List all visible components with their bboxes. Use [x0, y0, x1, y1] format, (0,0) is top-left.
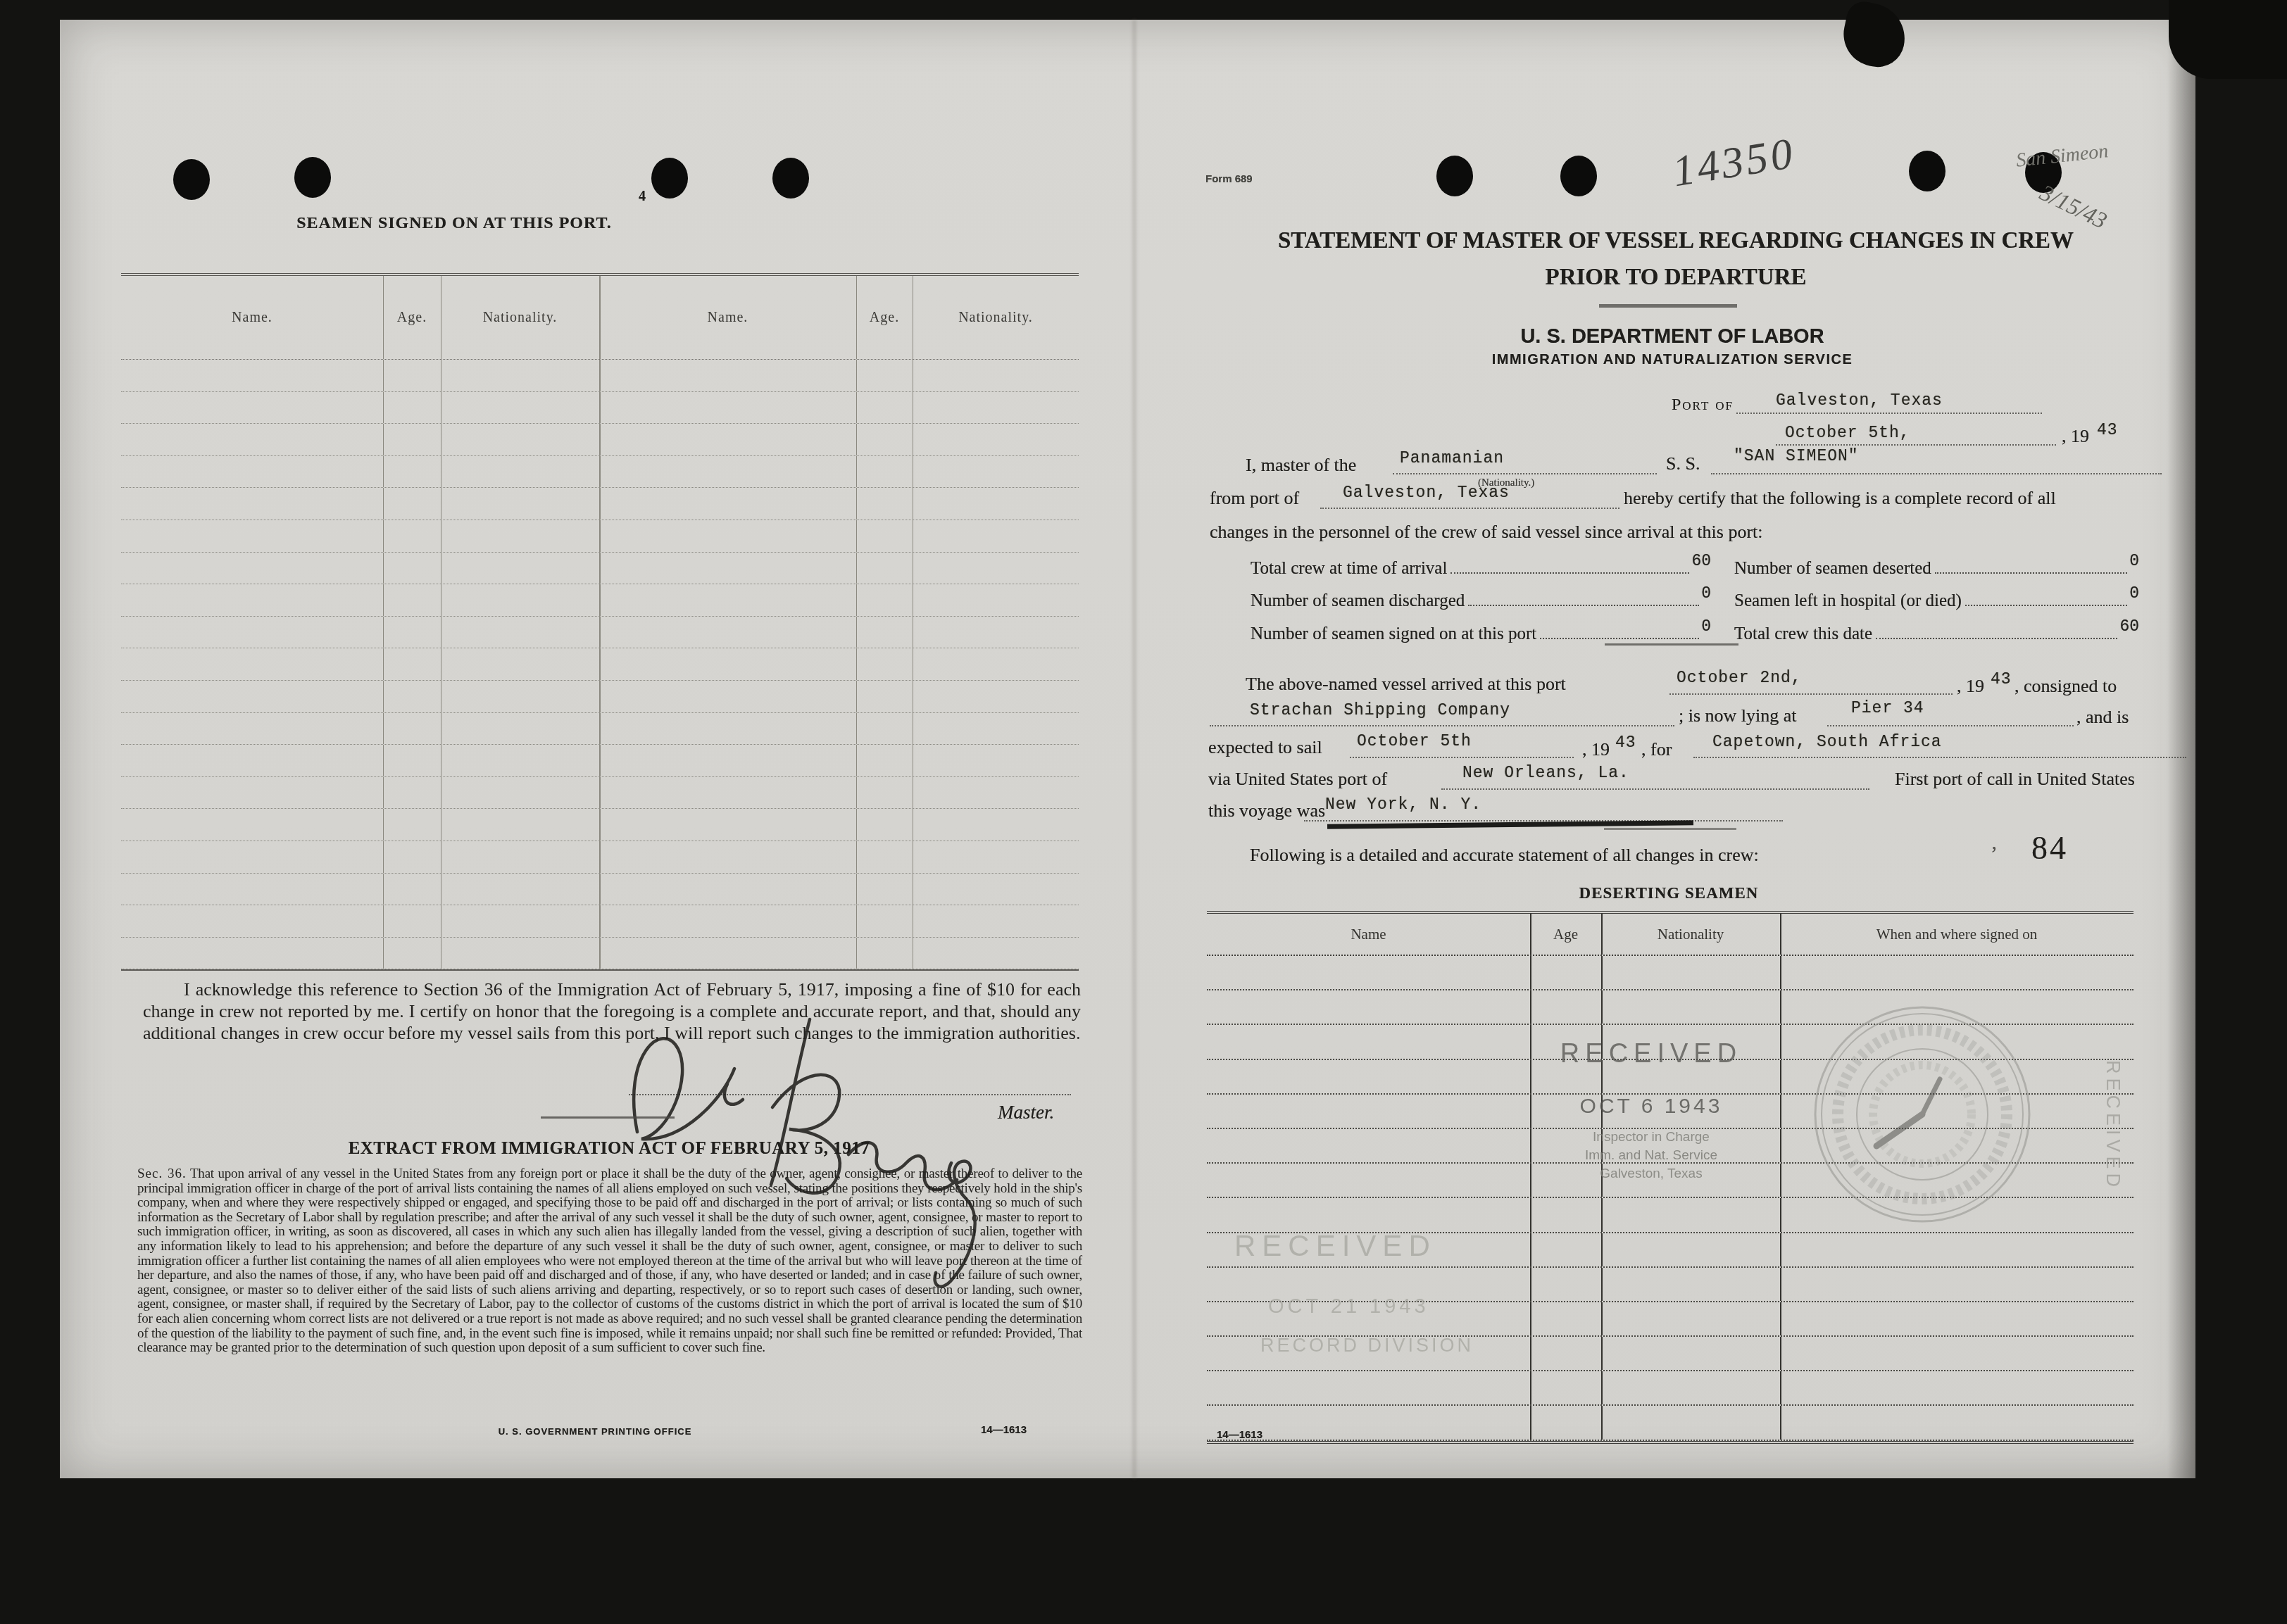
count-label: Number of seamen signed on at this port: [1251, 624, 1536, 644]
port-value: Galveston, Texas: [1776, 391, 1943, 410]
table-empty-row: [121, 584, 1079, 617]
table-empty-row: [121, 360, 1079, 392]
and-is-text: , and is: [2076, 707, 2129, 728]
column-header: When and where signed on: [1780, 926, 2134, 943]
section-divider-rule: [541, 1116, 675, 1119]
table-empty-row: [121, 456, 1079, 489]
punch-hole: [1560, 156, 1597, 196]
port-fill-line: [1736, 411, 2042, 414]
nationality-fill-line: [1393, 472, 1657, 474]
count-value: 0: [2129, 552, 2139, 570]
destination-value: Capetown, South Africa: [1712, 733, 1942, 751]
table-empty-row: [121, 520, 1079, 553]
table-empty-row: [1207, 1371, 2134, 1406]
table-empty-row: [121, 617, 1079, 649]
page-fold-crease: [1133, 20, 1136, 1478]
date-fill-line: [1776, 443, 2056, 446]
arrival-date-value: October 2nd,: [1677, 669, 1802, 687]
fill-line: [1350, 755, 1574, 758]
vessel-fill-line: [1711, 472, 2162, 474]
count-label: Number of seamen discharged: [1251, 591, 1465, 611]
column-header: Age.: [856, 310, 913, 326]
table-empty-row: [121, 745, 1079, 777]
date-value: October 5th,: [1785, 424, 1910, 442]
sec36-paragraph: Sec. 36. That upon arrival of any vessel…: [137, 1167, 1082, 1356]
table-empty-row: [121, 681, 1079, 713]
table-empty-row: [1207, 956, 2134, 990]
left-form-code: 14—1613: [981, 1424, 1027, 1436]
table-empty-row: [121, 488, 1079, 520]
count-value: 0: [2129, 584, 2139, 603]
title-underline: [1599, 304, 1737, 308]
punch-hole: [1436, 156, 1473, 196]
stamp-line: Imm. and Nat. Service: [1539, 1148, 1764, 1164]
table-empty-row: [121, 777, 1079, 810]
short-rule: [1604, 828, 1736, 830]
form-number: Form 689: [1205, 173, 1253, 185]
paper-right-edge-shadow: [2167, 20, 2195, 1478]
first-port-text: First port of call in United States: [1895, 769, 2135, 790]
left-page-title: SEAMEN SIGNED ON AT THIS PORT.: [236, 214, 672, 233]
count-label: Total crew at time of arrival: [1251, 559, 1447, 579]
handwritten-file-number: 14350: [1669, 129, 1799, 198]
paper-spread: 4 SEAMEN SIGNED ON AT THIS PORT. Name. A…: [60, 20, 2195, 1478]
first-port-value: New York, N. Y.: [1325, 795, 1481, 814]
expected-sail-prefix: expected to sail: [1208, 737, 1322, 758]
certify-text: hereby certify that the following is a c…: [1624, 488, 2056, 509]
column-header: Name.: [121, 310, 383, 326]
certify-text-line2: changes in the personnel of the crew of …: [1210, 522, 1763, 543]
handwritten-vessel-name: San Simeon: [2015, 140, 2110, 172]
stamp-line: RECEIVED: [1539, 1039, 1764, 1069]
punch-hole: [651, 158, 688, 199]
stamp-line: Galveston, Texas: [1539, 1166, 1764, 1182]
received-vertical-stamp: RECEIVED: [2102, 1060, 2124, 1191]
table-empty-row: [121, 874, 1079, 906]
count-label: Total crew this date: [1734, 624, 1872, 644]
punch-hole: [772, 158, 809, 199]
received-galveston-stamp: RECEIVED OCT 6 1943 Inspector in Charge …: [1539, 1039, 1764, 1182]
port-label: Port of: [1672, 396, 1734, 415]
via-port-prefix: via United States port of: [1208, 769, 1387, 790]
page-stamp-number: 84: [2031, 829, 2068, 867]
scan-artifact-corner: [2169, 0, 2287, 79]
dotted-leader: [1450, 572, 1689, 574]
count-row: Total crew this date 60: [1734, 617, 2139, 644]
section-divider-rule: [1605, 643, 1738, 646]
extract-heading: EXTRACT FROM IMMIGRATION ACT OF FEBRUARY…: [299, 1139, 919, 1159]
count-row: Number of seamen deserted 0: [1734, 552, 2139, 579]
ss-label: S. S.: [1666, 453, 1700, 474]
scanned-document-spread: 4 SEAMEN SIGNED ON AT THIS PORT. Name. A…: [0, 0, 2287, 1624]
table-empty-row: [121, 841, 1079, 874]
column-header: Name.: [599, 310, 856, 326]
table-header-row: Name. Age. Nationality. Name. Age. Natio…: [121, 276, 1079, 360]
table-body: [121, 360, 1079, 969]
table-empty-row: [121, 424, 1079, 456]
service-heading: IMMIGRATION AND NATURALIZATION SERVICE: [1327, 352, 2017, 368]
seamen-signed-on-table: Name. Age. Nationality. Name. Age. Natio…: [121, 273, 1079, 971]
sail-date-value: October 5th: [1357, 732, 1472, 750]
fill-line: [1827, 724, 2074, 726]
vessel-name-value: "SAN SIMEON": [1734, 447, 1859, 465]
pier-value: Pier 34: [1851, 699, 1924, 717]
stray-mark: ’: [1991, 842, 1998, 866]
column-header: Nationality: [1601, 926, 1780, 943]
punch-hole: [173, 159, 210, 200]
table-empty-row: [121, 713, 1079, 745]
gpo-footer: U. S. GOVERNMENT PRINTING OFFICE: [454, 1426, 736, 1437]
form-title-line2: PRIOR TO DEPARTURE: [1257, 265, 2095, 291]
left-page-number: 4: [639, 189, 646, 205]
circular-record-stamp: [1803, 995, 2042, 1234]
deserting-seamen-heading: DESERTING SEAMEN: [1461, 884, 1876, 902]
table-empty-row: [121, 938, 1079, 970]
record-division-stamp-line: OCT 21 1943: [1268, 1295, 1429, 1318]
arrival-year-value: 43: [1991, 670, 2012, 688]
fill-line: [1693, 755, 2186, 758]
dotted-leader: [1965, 605, 2127, 606]
dotted-leader: [1935, 572, 2127, 574]
form-title-line1: STATEMENT OF MASTER OF VESSEL REGARDING …: [1257, 228, 2095, 254]
column-header: Nationality.: [441, 310, 599, 326]
dotted-leader: [1468, 605, 1699, 606]
date-printed-19: , 19: [2062, 426, 2089, 447]
fill-line: [1669, 692, 1953, 695]
column-header: Age: [1530, 926, 1601, 943]
arrival-year-printed: , 19: [1957, 676, 1984, 697]
count-row: Total crew at time of arrival 60: [1251, 552, 1711, 579]
table-empty-row: [121, 648, 1079, 681]
table-empty-row: [121, 553, 1079, 585]
lying-at-text: ; is now lying at: [1679, 705, 1797, 726]
count-value: 60: [2119, 617, 2139, 636]
fill-line: [1210, 724, 1674, 726]
sec36-lead: Sec. 36.: [137, 1166, 187, 1181]
sec36-text: That upon arrival of any vessel in the U…: [137, 1166, 1082, 1355]
table-empty-row: [121, 905, 1079, 938]
punch-hole: [294, 157, 331, 198]
stamp-line: Inspector in Charge: [1539, 1130, 1764, 1145]
via-port-value: New Orleans, La.: [1462, 764, 1629, 782]
consigned-to-text: , consigned to: [2015, 676, 2117, 697]
dotted-leader: [1876, 638, 2117, 639]
count-label: Number of seamen deserted: [1734, 559, 1931, 579]
count-value: 0: [1701, 617, 1711, 636]
table-empty-row: [1207, 1406, 2134, 1440]
column-header: Nationality.: [913, 310, 1079, 326]
department-heading: U. S. DEPARTMENT OF LABOR: [1327, 325, 2017, 348]
from-port-fill-line: [1320, 506, 1619, 509]
handwritten-date: 3/15/43: [2036, 180, 2111, 234]
master-signature-caption: Master.: [998, 1102, 1054, 1123]
for-text: , for: [1641, 739, 1672, 760]
table-empty-row: [121, 392, 1079, 424]
punch-hole: [1909, 151, 1945, 191]
master-line-prefix: I, master of the: [1246, 455, 1356, 476]
fill-line: [1304, 819, 1783, 822]
count-value: 60: [1691, 552, 1711, 570]
date-year-value: 43: [2097, 421, 2118, 439]
arrival-prefix: The above-named vessel arrived at this p…: [1246, 674, 1566, 695]
right-form-code: 14—1613: [1217, 1429, 1262, 1441]
column-header: Age.: [383, 310, 441, 326]
table-header-row: Name Age Nationality When and where sign…: [1207, 914, 2134, 956]
table-empty-row: [121, 809, 1079, 841]
dotted-leader: [1540, 638, 1699, 639]
count-label: Seamen left in hospital (or died): [1734, 591, 1962, 611]
from-port-value: Galveston, Texas: [1343, 484, 1510, 502]
sail-year-printed: , 19: [1582, 739, 1610, 760]
count-row: Number of seamen discharged 0: [1251, 584, 1711, 611]
count-value: 0: [1701, 584, 1711, 603]
from-port-prefix: from port of: [1210, 488, 1299, 509]
count-row: Seamen left in hospital (or died) 0: [1734, 584, 2139, 611]
following-statement-text: Following is a detailed and accurate sta…: [1250, 845, 1759, 866]
count-row: Number of seamen signed on at this port …: [1251, 617, 1711, 644]
fill-line: [1441, 787, 1869, 790]
consignee-value: Strachan Shipping Company: [1250, 701, 1510, 719]
stamp-line: OCT 6 1943: [1539, 1095, 1764, 1119]
column-header: Name: [1207, 926, 1530, 943]
sail-year-value: 43: [1615, 734, 1636, 752]
record-division-stamp-line: RECEIVED: [1234, 1229, 1436, 1263]
record-division-stamp-line: RECORD DIVISION: [1260, 1335, 1474, 1357]
nationality-value: Panamanian: [1400, 449, 1504, 467]
